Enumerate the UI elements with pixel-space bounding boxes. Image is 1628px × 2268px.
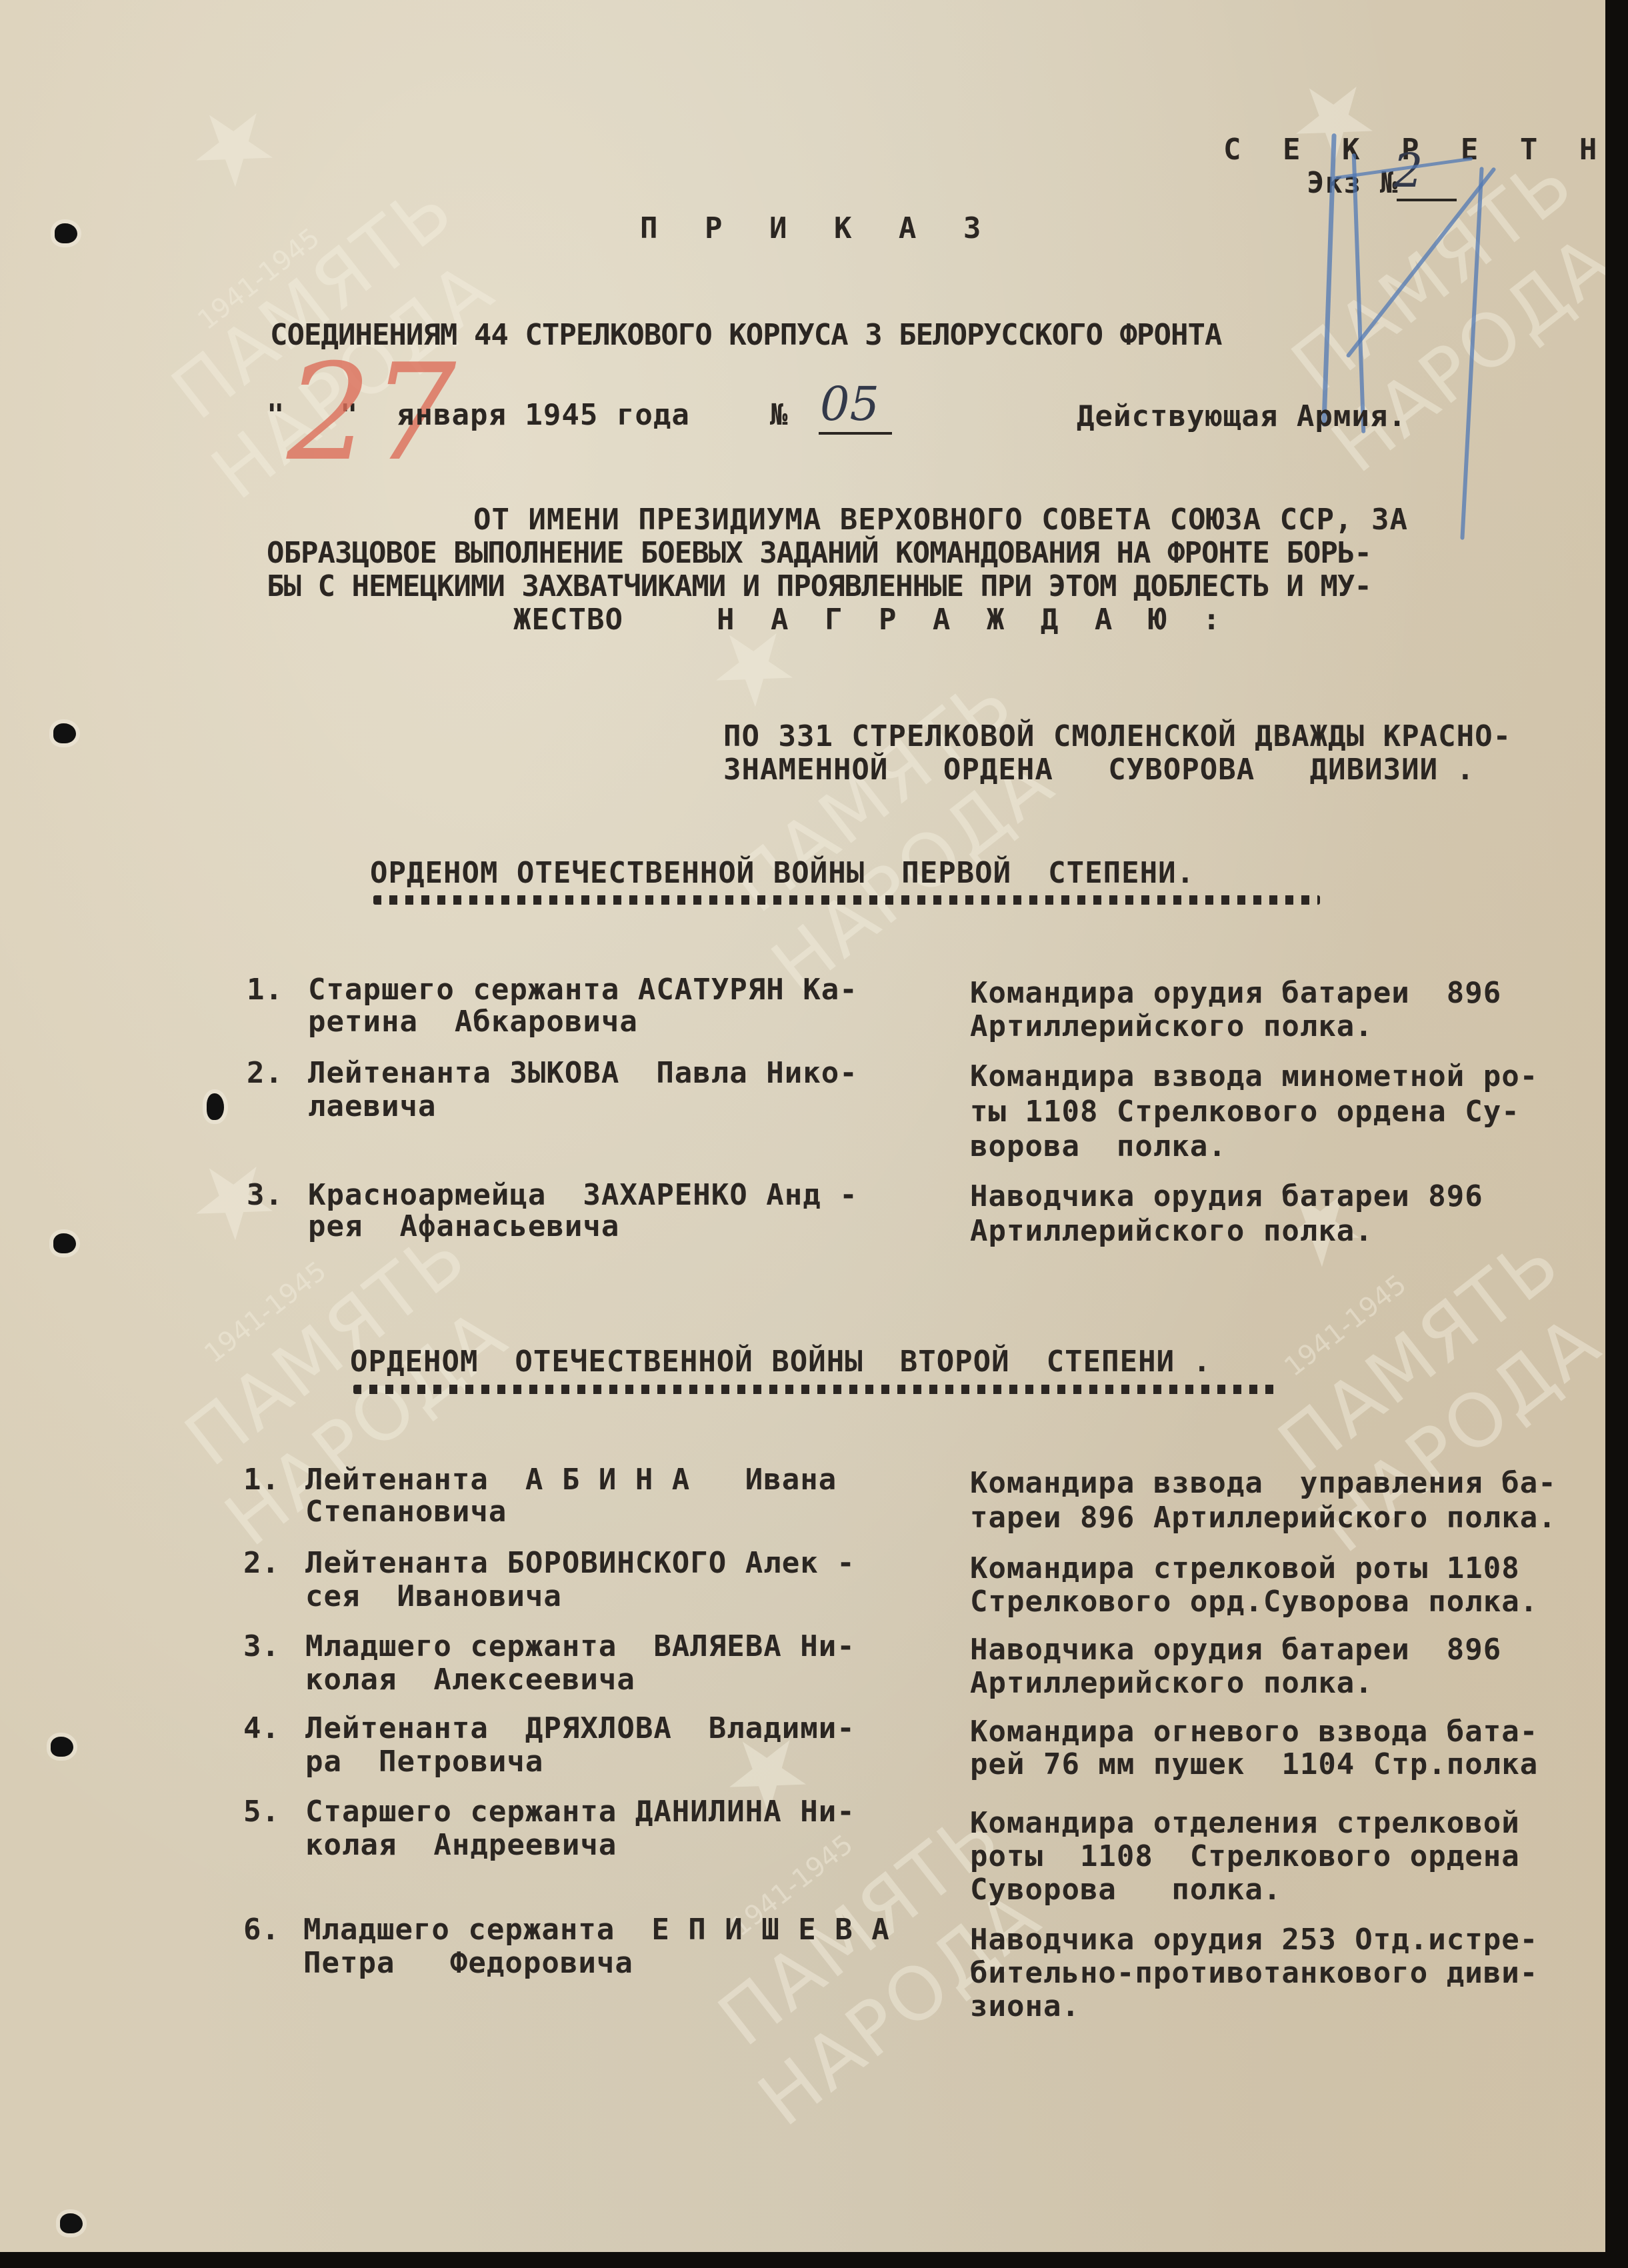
- entry-name: Лейтенанта БОРОВИНСКОГО Алек -: [305, 1547, 855, 1580]
- order-number-label: №: [770, 399, 789, 432]
- punch-hole: [60, 2213, 83, 2233]
- entry-name: Лейтенанта ДРЯХЛОВА Владими-: [305, 1712, 855, 1745]
- page-title: П Р И К А З: [640, 212, 995, 245]
- entry-post: Командира отделения стрелковой: [970, 1807, 1520, 1840]
- entry-name: Лейтенанта ЗЫКОВА Павла Нико-: [308, 1057, 858, 1090]
- entry-name: рея Афанасьевича: [308, 1210, 619, 1243]
- heading-underline-dots: [353, 1385, 1280, 1394]
- entry-number: 2.: [247, 1057, 283, 1090]
- entry-name: колая Алексеевича: [305, 1663, 635, 1697]
- punch-hole: [53, 1233, 76, 1253]
- preamble-line: ЖЕСТВО: [513, 603, 623, 637]
- entry-post: Суворова полка.: [970, 1873, 1281, 1907]
- entry-name: Старшего сержанта АСАТУРЯН Ка-: [308, 973, 858, 1007]
- entry-post: зиона.: [970, 1990, 1080, 2023]
- date-text: января 1945 года: [397, 399, 690, 432]
- punch-hole: [55, 223, 77, 243]
- entry-name: Степановича: [305, 1495, 507, 1529]
- entry-post: Артиллерийского полка.: [970, 1010, 1373, 1043]
- entry-number: 1.: [247, 973, 283, 1007]
- entry-post: Командира огневого взвода бата-: [970, 1715, 1538, 1749]
- entry-number: 3.: [243, 1630, 280, 1663]
- heading-underline-dots: [373, 895, 1320, 905]
- entry-post: Артиллерийского полка.: [970, 1667, 1373, 1700]
- entry-name: колая Андреевича: [305, 1829, 617, 1862]
- entry-name: Младшего сержанта Е П И Ш Е В А: [303, 1913, 890, 1947]
- entry-name: лаевича: [308, 1090, 436, 1123]
- watermark-star-icon: ★: [167, 78, 299, 212]
- watermark-years: 1941-1945: [200, 1257, 331, 1368]
- scan-border: [0, 2252, 1628, 2268]
- entry-number: 6.: [243, 1913, 280, 1947]
- preamble-line: ОБРАЗЦОВОЕ ВЫПОЛНЕНИЕ БОЕВЫХ ЗАДАНИЙ КОМ…: [267, 537, 1371, 570]
- scan-border: [1605, 0, 1628, 2268]
- division-line: ЗНАМЕННОЙ ОРДЕНА СУВОРОВА ДИВИЗИИ .: [723, 753, 1475, 787]
- entry-name: ра Петровича: [305, 1745, 543, 1779]
- location-label: Действующая Армия.: [1077, 400, 1407, 433]
- entry-name: Младшего сержанта ВАЛЯЕВА Ни-: [305, 1630, 855, 1663]
- preamble-line: БЫ С НЕМЕЦКИМИ ЗАХВАТЧИКАМИ И ПРОЯВЛЕННЫ…: [267, 570, 1371, 603]
- punch-hole: [207, 1093, 224, 1120]
- entry-post: Командира орудия батареи 896: [970, 977, 1501, 1010]
- watermark-years: 1941-1945: [1280, 1271, 1411, 1381]
- classification-label: С Е К Р Е Т Н О: [1223, 133, 1628, 167]
- entry-post: рей 76 мм пушек 1104 Стр.полка: [970, 1748, 1538, 1781]
- preamble-award-word: Н А Г Р А Ж Д А Ю :: [717, 603, 1229, 637]
- entry-post: Стрелкового орд.Суворова полка.: [970, 1585, 1538, 1619]
- entry-name: сея Ивановича: [305, 1580, 562, 1613]
- entry-post: ворова полка.: [970, 1130, 1227, 1163]
- entry-name: ретина Абкаровича: [308, 1005, 638, 1039]
- entry-post: Командира взвода управления ба-: [970, 1467, 1557, 1500]
- entry-post: Наводчика орудия батареи 896: [970, 1633, 1501, 1667]
- preamble-line: ОТ ИМЕНИ ПРЕЗИДИУМА ВЕРХОВНОГО СОВЕТА СО…: [473, 503, 1408, 537]
- division-line: ПО 331 СТРЕЛКОВОЙ СМОЛЕНСКОЙ ДВАЖДЫ КРАС…: [723, 720, 1511, 753]
- punch-hole: [51, 1737, 73, 1757]
- entry-post: Артиллерийского полка.: [970, 1215, 1373, 1248]
- entry-name: Лейтенанта А Б И Н А Ивана: [305, 1463, 837, 1497]
- entry-post: Наводчика орудия 253 Отд.истре-: [970, 1923, 1538, 1957]
- entry-post: Наводчика орудия батареи 896: [970, 1180, 1483, 1213]
- entry-name: Петра Федоровича: [303, 1947, 633, 1980]
- entry-name: Старшего сержанта ДАНИЛИНА Ни-: [305, 1795, 855, 1829]
- order-number-handwritten: 05: [820, 377, 879, 431]
- entry-number: 4.: [243, 1712, 280, 1745]
- watermark-text: ПАМЯТЬ: [1267, 1223, 1573, 1485]
- entry-number: 3.: [247, 1179, 283, 1212]
- entry-post: ты 1108 Стрелкового ордена Су-: [970, 1095, 1520, 1129]
- punch-hole: [53, 723, 76, 743]
- entry-post: роты 1108 Стрелкового ордена: [970, 1840, 1520, 1873]
- section-heading: ОРДЕНОМ ОТЕЧЕСТВЕННОЙ ВОЙНЫ ВТОРОЙ СТЕПЕ…: [350, 1345, 1211, 1379]
- copy-number-underline: [1397, 199, 1457, 201]
- entry-name: Красноармейца ЗАХАРЕНКО Анд -: [308, 1179, 858, 1212]
- blue-pencil-mark: [1460, 167, 1483, 540]
- entry-post: бительно-противотанкового диви-: [970, 1957, 1538, 1990]
- document-page: ★ 1941-1945 ПАМЯТЬ НАРОДА ★ ПАМЯТЬ НАРОД…: [0, 0, 1605, 2252]
- entry-number: 2.: [243, 1547, 280, 1580]
- section-heading: ОРДЕНОМ ОТЕЧЕСТВЕННОЙ ВОЙНЫ ПЕРВОЙ СТЕПЕ…: [370, 857, 1195, 890]
- entry-post: Командира стрелковой роты 1108: [970, 1552, 1520, 1585]
- order-number-underline: [819, 432, 892, 435]
- entry-number: 5.: [243, 1795, 280, 1829]
- entry-post: Командира взвода минометной ро-: [970, 1060, 1538, 1093]
- entry-post: тареи 896 Артиллерийского полка.: [970, 1501, 1557, 1535]
- entry-number: 1.: [243, 1463, 280, 1497]
